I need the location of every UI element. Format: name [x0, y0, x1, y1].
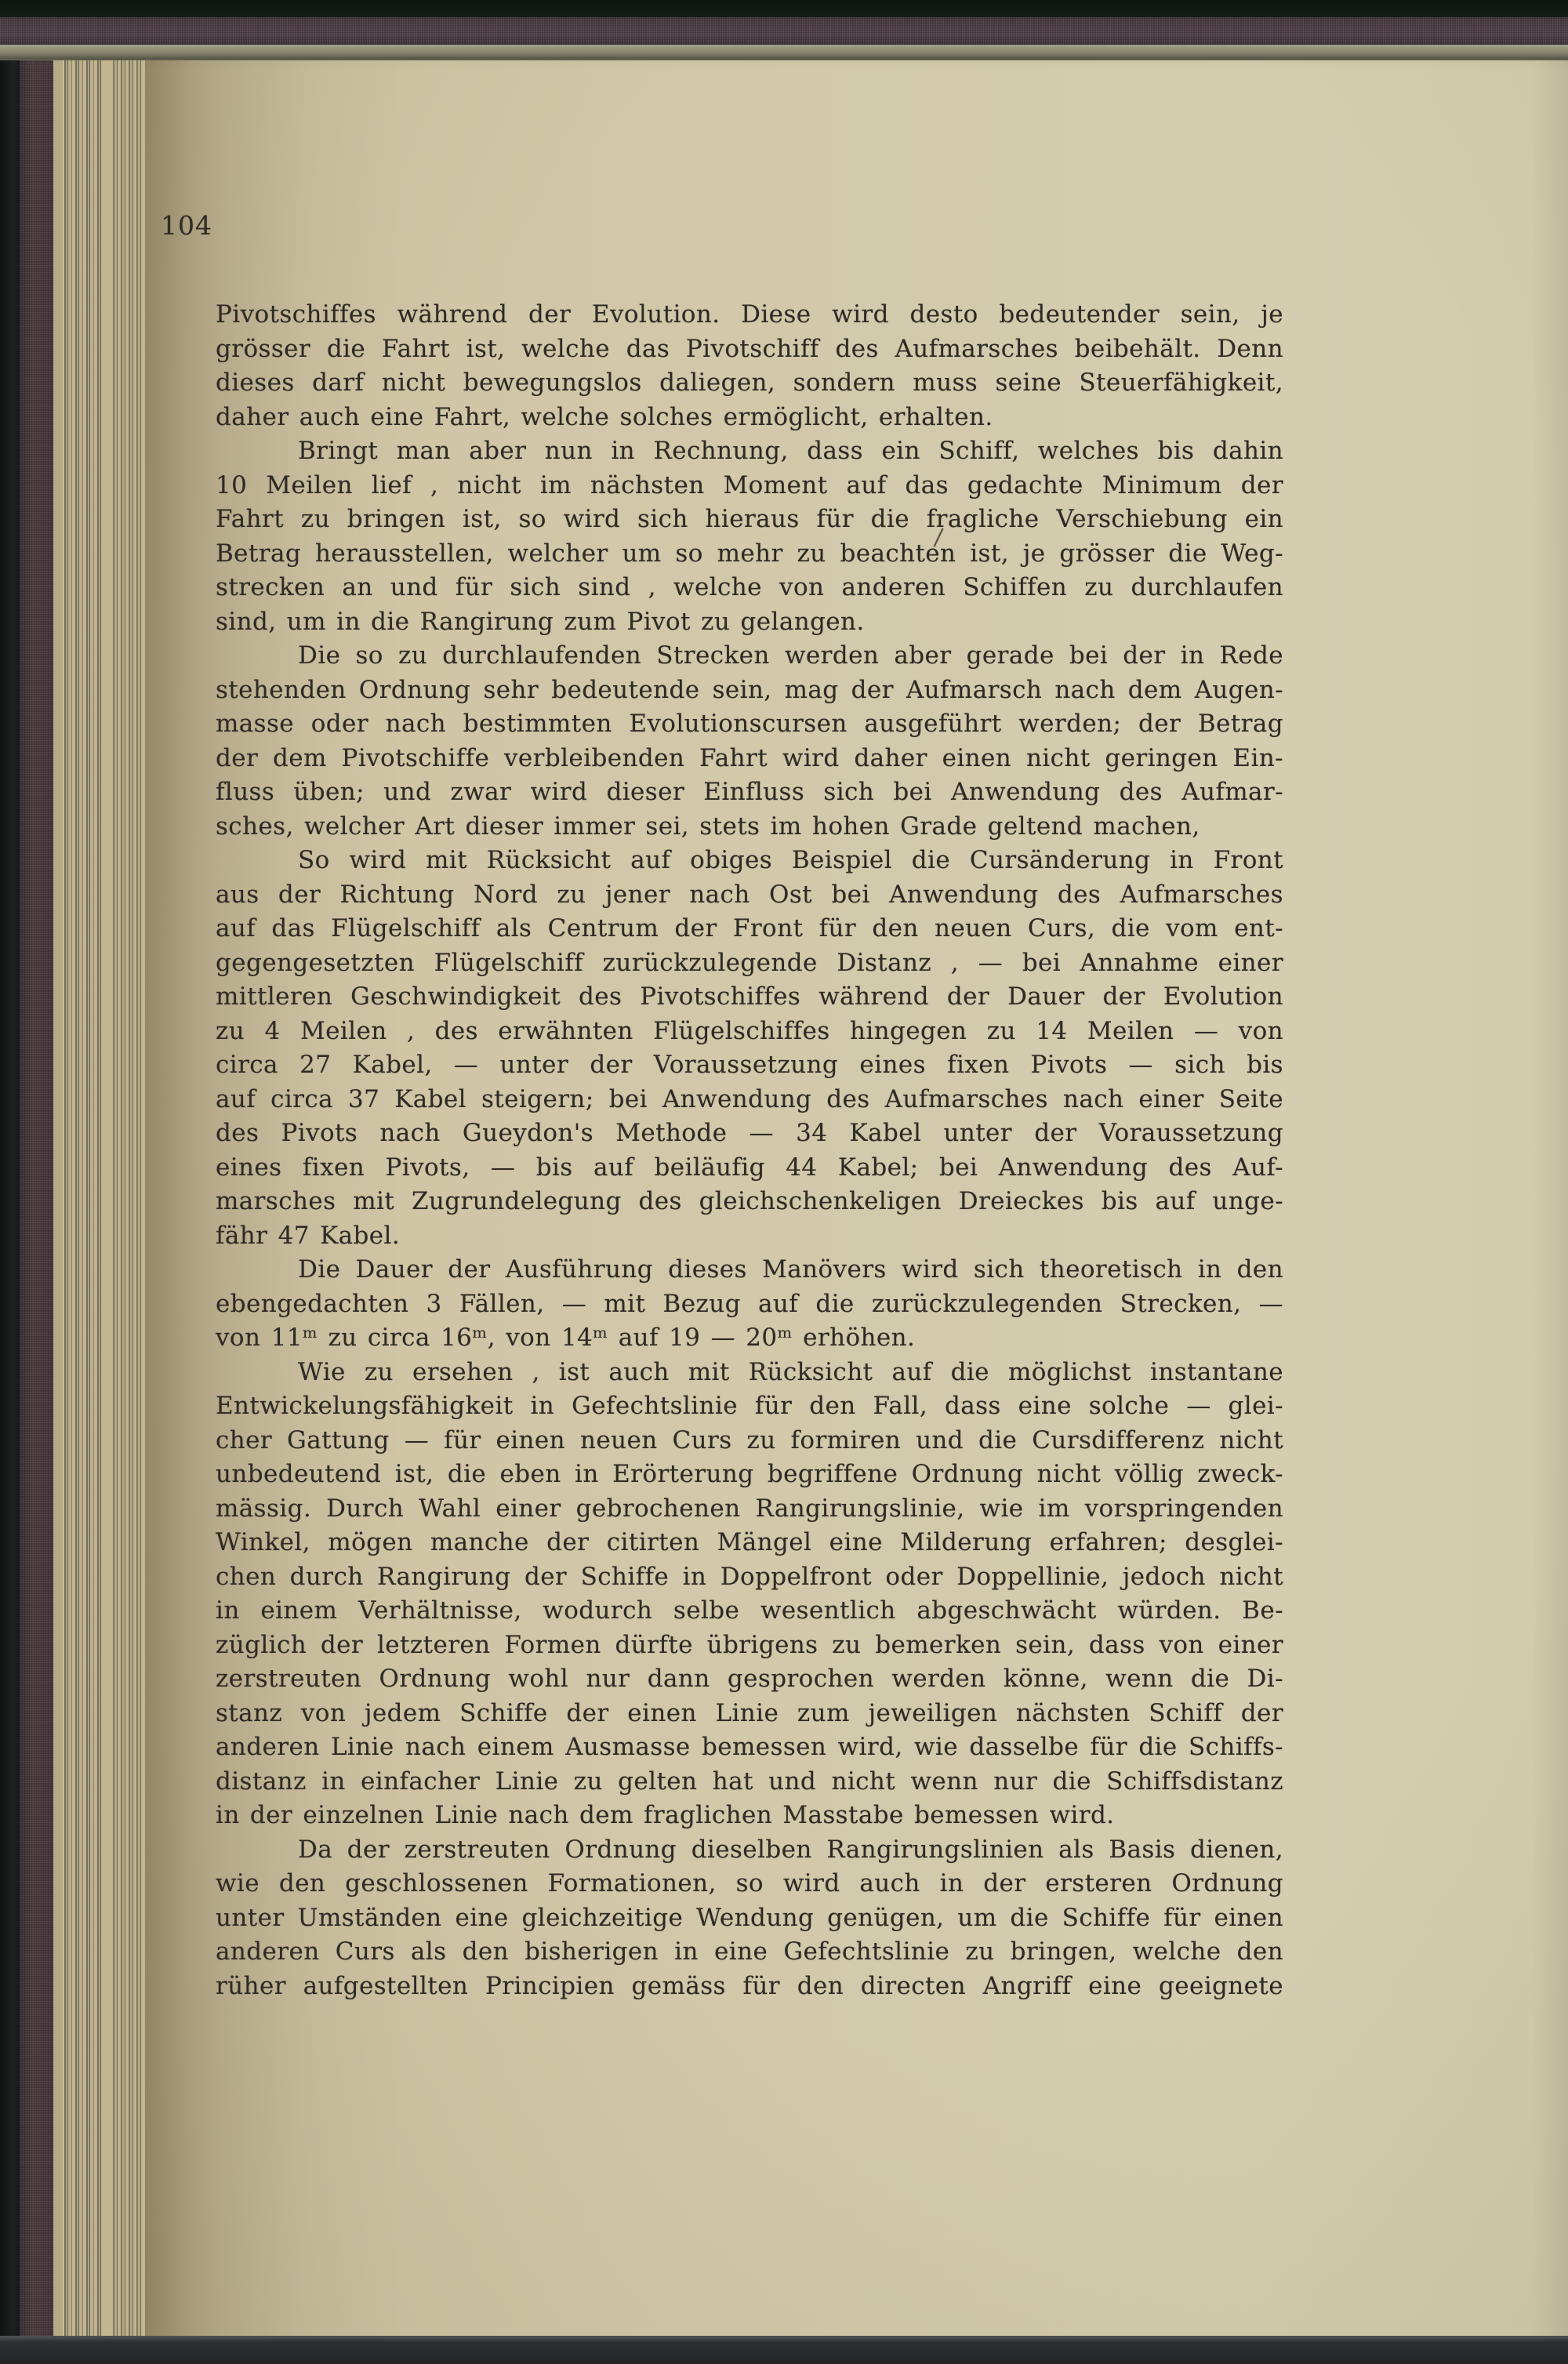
- text-line: So wird mit Rücksicht auf obiges Beispie…: [216, 844, 1283, 878]
- text-line: ebengedachten 3 Fällen, — mit Bezug auf …: [216, 1287, 1283, 1322]
- text-line: fähr 47 Kabel.: [216, 1219, 1283, 1254]
- page-number: 104: [161, 210, 212, 241]
- text-line: Betrag herausstellen, welcher um so mehr…: [216, 537, 1283, 572]
- book-cover-top-edge: [0, 17, 1568, 45]
- text-line: 10 Meilen lief , nicht im nächsten Momen…: [216, 469, 1283, 503]
- page-edge-striations: [64, 0, 102, 2364]
- text-line: in der einzelnen Linie nach dem fraglich…: [216, 1799, 1283, 1833]
- text-line: strecken an und für sich sind , welche v…: [216, 571, 1283, 605]
- text-line: dieses darf nicht bewegungslos daliegen,…: [216, 366, 1283, 401]
- text-line: Die Dauer der Ausführung dieses Manövers…: [216, 1253, 1283, 1287]
- text-line: unter Umständen eine gleichzeitige Wendu…: [216, 1901, 1283, 1936]
- text-line: daher auch eine Fahrt, welche solches er…: [216, 401, 1283, 435]
- text-line: mittleren Geschwindigkeit des Pivotschif…: [216, 980, 1283, 1015]
- text-line: Die so zu durchlaufenden Strecken werden…: [216, 639, 1283, 674]
- text-line: der dem Pivotschiffe verbleibenden Fahrt…: [216, 742, 1283, 776]
- text-line: in einem Verhältnisse, wodurch selbe wes…: [216, 1594, 1283, 1629]
- text-block: Pivotschiffes während der Evolution. Die…: [216, 298, 1283, 2003]
- text-line: zerstreuten Ordnung wohl nur dann gespro…: [216, 1662, 1283, 1697]
- text-line: Entwickelungsfähigkeit in Gefechtslinie …: [216, 1389, 1283, 1424]
- text-line: unbedeutend ist, die eben in Erörterung …: [216, 1458, 1283, 1492]
- text-line: grösser die Fahrt ist, welche das Pivots…: [216, 332, 1283, 367]
- text-line: Pivotschiffes während der Evolution. Die…: [216, 298, 1283, 332]
- photo-top-edge: [0, 0, 1568, 17]
- text-line: Winkel, mögen manche der citirten Mängel…: [216, 1526, 1283, 1560]
- text-line: fluss üben; und zwar wird dieser Einflus…: [216, 775, 1283, 810]
- book-cover-cloth: [20, 0, 53, 2364]
- text-line: auf das Flügelschiff als Centrum der Fro…: [216, 912, 1283, 946]
- text-line: wie den geschlossenen Formationen, so wi…: [216, 1867, 1283, 1901]
- text-line: sches, welcher Art dieser immer sei, ste…: [216, 810, 1283, 844]
- text-line: cher Gattung — für einen neuen Curs zu f…: [216, 1424, 1283, 1458]
- page-edge-striations: [113, 0, 141, 2364]
- text-line: marsches mit Zugrundelegung des gleichsc…: [216, 1185, 1283, 1219]
- book-photo: { "page": { "number": "104", "paper_colo…: [0, 0, 1568, 2364]
- text-line: anderen Linie nach einem Ausmasse bemess…: [216, 1730, 1283, 1765]
- text-line: gegengesetzten Flügelschiff zurückzulege…: [216, 946, 1283, 981]
- photo-bottom-edge: [0, 2336, 1568, 2364]
- text-line: Da der zerstreuten Ordnung dieselben Ran…: [216, 1833, 1283, 1868]
- text-line: aus der Richtung Nord zu jener nach Ost …: [216, 878, 1283, 913]
- text-line: des Pivots nach Gueydon's Methode — 34 K…: [216, 1117, 1283, 1151]
- text-line: rüher aufgestellten Principien gemäss fü…: [216, 1970, 1283, 2004]
- text-line: züglich der letzteren Formen dürfte übri…: [216, 1629, 1283, 1663]
- text-line: stehenden Ordnung sehr bedeutende sein, …: [216, 674, 1283, 708]
- text-line: von 11ᵐ zu circa 16ᵐ, von 14ᵐ auf 19 — 2…: [216, 1321, 1283, 1356]
- text-line: stanz von jedem Schiffe der einen Linie …: [216, 1697, 1283, 1731]
- text-line: distanz in einfacher Linie zu gelten hat…: [216, 1765, 1283, 1799]
- text-line: Wie zu ersehen , ist auch mit Rücksicht …: [216, 1356, 1283, 1390]
- text-line: circa 27 Kabel, — unter der Voraussetzun…: [216, 1048, 1283, 1083]
- text-line: Bringt man aber nun in Rechnung, dass ei…: [216, 434, 1283, 469]
- text-line: masse oder nach bestimmten Evolutionscur…: [216, 707, 1283, 742]
- page-edges-top: [0, 45, 1568, 60]
- text-line: chen durch Rangirung der Schiffe in Dopp…: [216, 1560, 1283, 1595]
- text-line: auf circa 37 Kabel steigern; bei Anwendu…: [216, 1083, 1283, 1117]
- text-line: eines fixen Pivots, — bis auf beiläufig …: [216, 1151, 1283, 1186]
- text-line: sind, um in die Rangirung zum Pivot zu g…: [216, 605, 1283, 640]
- book-spine-shadow: [0, 0, 20, 2364]
- text-line: anderen Curs als den bisherigen in eine …: [216, 1935, 1283, 1970]
- stacked-page-edges: [53, 0, 145, 2364]
- text-line: zu 4 Meilen , des erwähnten Flügelschiff…: [216, 1015, 1283, 1049]
- text-line: Fahrt zu bringen ist, so wird sich hiera…: [216, 503, 1283, 537]
- text-line: mässig. Durch Wahl einer gebrochenen Ran…: [216, 1492, 1283, 1527]
